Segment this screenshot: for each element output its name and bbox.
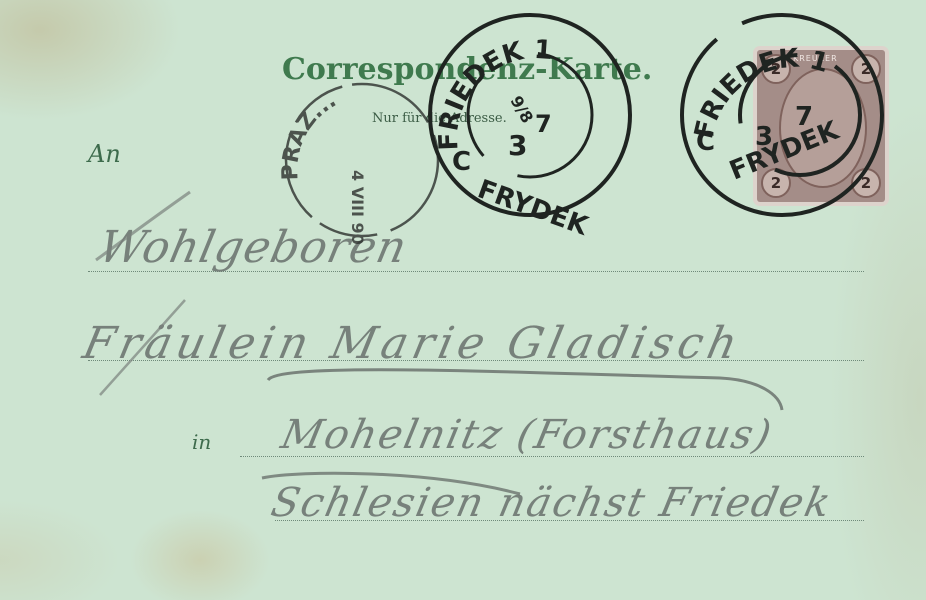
postmark-friedek-2: FRIEDEK 1 FRYDEK C 3 7 (682, 15, 882, 215)
postmark-friedek-2-bottom: FRYDEK (725, 115, 843, 186)
postmarks: PRAZ... 4 VIII 90 FRIEDEK 1 FRYDEK C 3 7… (0, 0, 926, 600)
postmark-friedek-1-month: 7 (535, 110, 552, 138)
postmark-friedek-1: FRIEDEK 1 FRYDEK C 3 7 9/8 (430, 15, 630, 242)
postmark-praha-top-text: PRAZ... (278, 88, 341, 181)
postmark-friedek-1-day: 3 (508, 129, 527, 162)
postmark-friedek-2-letter: C (696, 127, 715, 157)
postmark-friedek-1-letter: C (452, 147, 471, 177)
postmark-praha-date: 4 VIII 90 (348, 170, 367, 245)
postcard: Correspondenz-Karte. Nur für die Adresse… (0, 0, 926, 600)
postmark-friedek-1-bottom: FRYDEK (474, 174, 593, 242)
postmark-friedek-2-day: 3 (755, 122, 773, 152)
postmark-friedek-2-month: 7 (795, 102, 813, 132)
postmark-friedek-1-year: 9/8 (507, 93, 538, 127)
postmark-praha: PRAZ... 4 VIII 90 (278, 84, 438, 245)
